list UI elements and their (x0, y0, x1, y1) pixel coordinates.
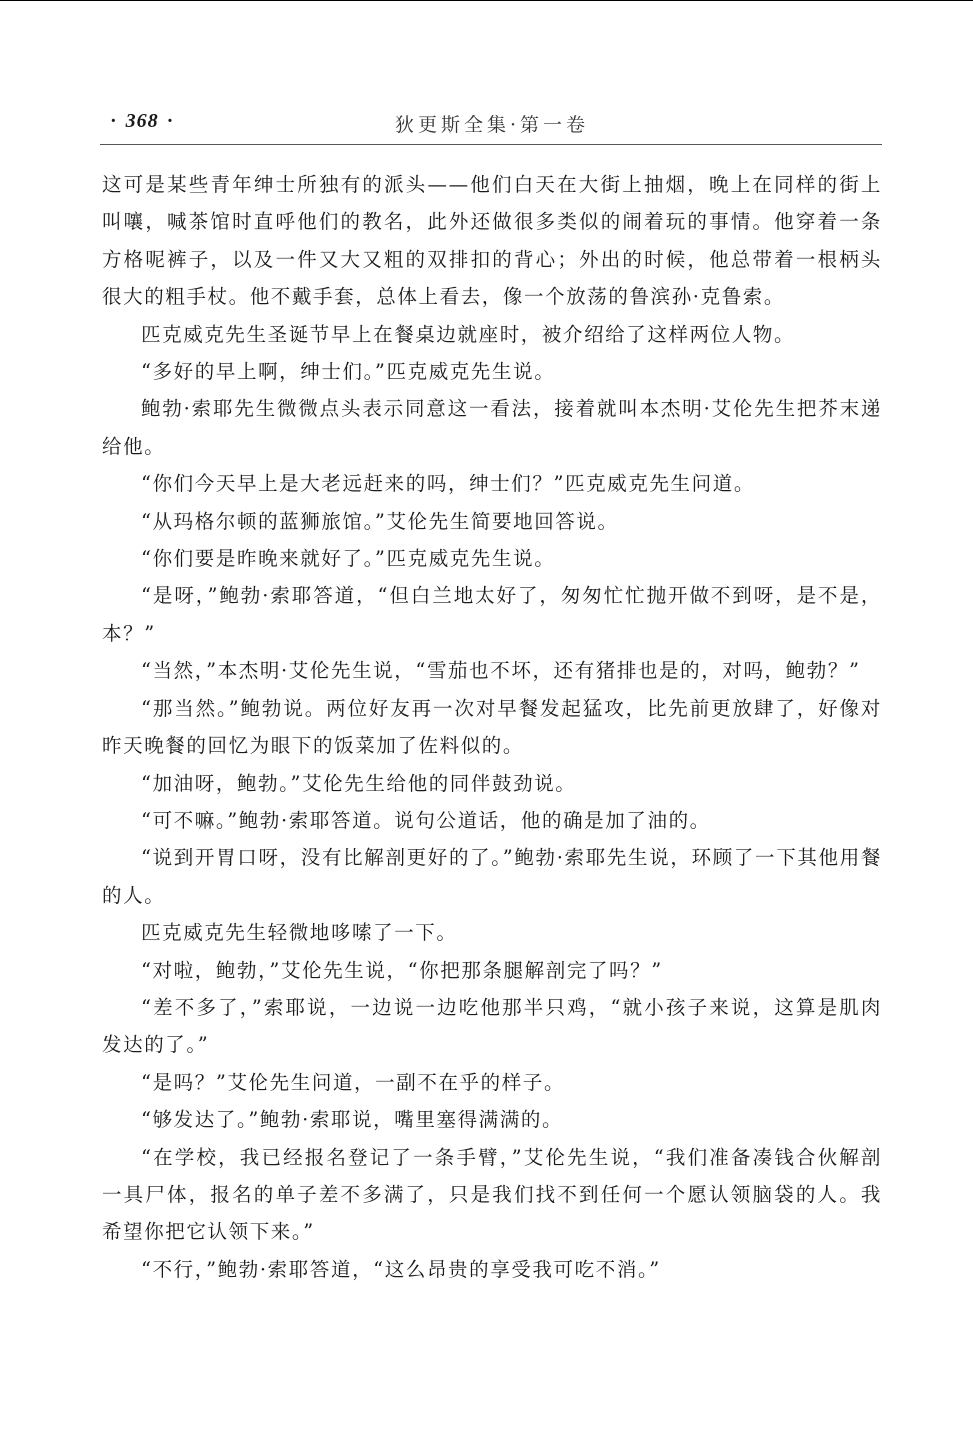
paragraph: “在学校，我已经报名登记了一条手臂，”艾伦先生说，“我们准备凑钱合伙解剖一具尸体… (102, 1139, 882, 1251)
header-rule (100, 144, 882, 145)
paragraph: “说到开胃口呀，没有比解剖更好的了。”鲍勃·索耶先生说，环顾了一下其他用餐的人。 (102, 839, 882, 914)
paragraph: 匹克威克先生轻微地哆嗦了一下。 (102, 914, 882, 951)
paragraph: “够发达了。”鲍勃·索耶说，嘴里塞得满满的。 (102, 1101, 882, 1138)
book-title: 狄更斯全集·第一卷 (102, 110, 882, 137)
paragraph: “对啦，鲍勃，”艾伦先生说，“你把那条腿解剖完了吗？” (102, 952, 882, 989)
paragraph: “你们今天早上是大老远赶来的吗，绅士们？”匹克威克先生问道。 (102, 465, 882, 502)
paragraph: “从玛格尔顿的蓝狮旅馆。”艾伦先生简要地回答说。 (102, 503, 882, 540)
page-top-edge (0, 0, 973, 1)
paragraph: 鲍勃·索耶先生微微点头表示同意这一看法，接着就叫本杰明·艾伦先生把芥末递给他。 (102, 390, 882, 465)
paragraph: 这可是某些青年绅士所独有的派头——他们白天在大街上抽烟，晚上在同样的街上叫嚷，喊… (102, 166, 882, 316)
paragraph: “不行，”鲍勃·索耶答道，“这么昂贵的享受我可吃不消。” (102, 1251, 882, 1288)
paragraph: “是吗？”艾伦先生问道，一副不在乎的样子。 (102, 1064, 882, 1101)
running-header: ·368· 狄更斯全集·第一卷 (102, 110, 882, 140)
paragraph: “是呀，”鲍勃·索耶答道，“但白兰地太好了，匆匆忙忙抛开做不到呀，是不是，本？” (102, 577, 882, 652)
paragraph: “多好的早上啊，绅士们。”匹克威克先生说。 (102, 353, 882, 390)
paragraph: “加油呀，鲍勃。”艾伦先生给他的同伴鼓劲说。 (102, 765, 882, 802)
paragraph: “你们要是昨晚来就好了。”匹克威克先生说。 (102, 540, 882, 577)
paragraph: “当然，”本杰明·艾伦先生说，“雪茄也不坏，还有猪排也是的，对吗，鲍勃？” (102, 652, 882, 689)
paragraph: 匹克威克先生圣诞节早上在餐桌边就座时，被介绍给了这样两位人物。 (102, 316, 882, 353)
paragraph: “可不嘛。”鲍勃·索耶答道。说句公道话，他的确是加了油的。 (102, 802, 882, 839)
paragraph: “那当然。”鲍勃说。两位好友再一次对早餐发起猛攻，比先前更放肆了，好像对昨天晚餐… (102, 690, 882, 765)
body-text: 这可是某些青年绅士所独有的派头——他们白天在大街上抽烟，晚上在同样的街上叫嚷，喊… (102, 166, 882, 1288)
paragraph: “差不多了，”索耶说，一边说一边吃他那半只鸡，“就小孩子来说，这算是肌肉发达的了… (102, 989, 882, 1064)
